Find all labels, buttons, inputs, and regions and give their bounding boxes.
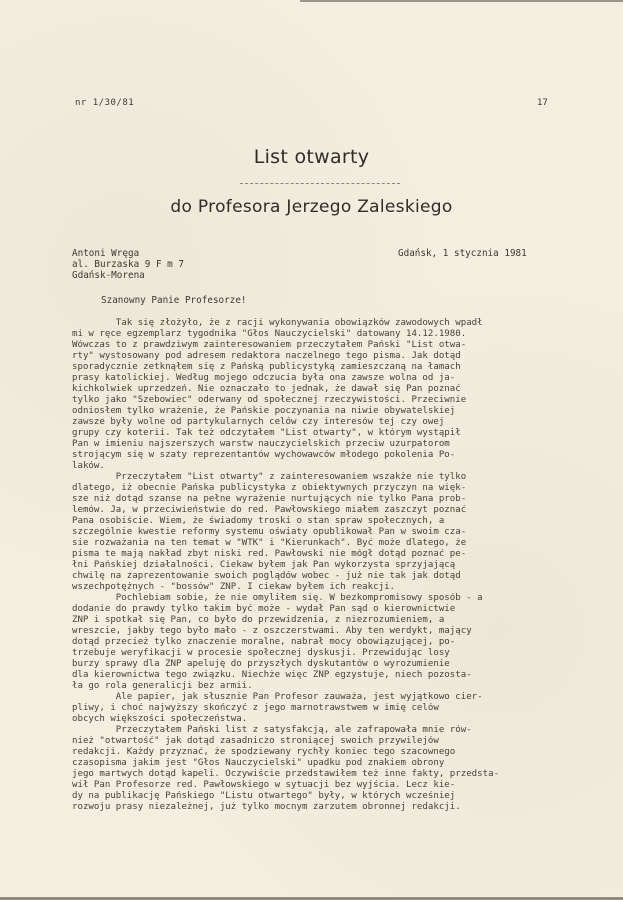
body-line: ZNP i spotkał się Pan, co było do przewi… [72, 615, 564, 626]
body-line: ła go rola generalicji bez armii. [72, 681, 564, 692]
body-line: rty" wystosowany pod adresem redaktora n… [72, 351, 564, 362]
body-line: trzebuje weryfikacji w procesie społeczn… [72, 648, 564, 659]
document-title: List otwarty [0, 146, 623, 168]
body-line: chwilę na zaprezentowanie swoich poglądó… [72, 571, 564, 582]
salutation: Szanowny Panie Profesorze! [101, 295, 247, 306]
body-line: odniosłem tylko wrażenie, że Pańskie poc… [72, 406, 564, 417]
body-line: czasopisma jakim jest "Głos Nauczycielsk… [72, 758, 564, 769]
body-line: dy na publikację Pańskiego "Listu otwart… [72, 791, 564, 802]
body-line: zawsze były wolne od partykularnych celó… [72, 417, 564, 428]
body-line: Przeczytałem "List otwarty" z zaintereso… [72, 472, 564, 483]
place-and-date: Gdańsk, 1 stycznia 1981 [398, 248, 527, 259]
document-page: nr 1/30/81 17 List otwarty do Profesora … [0, 0, 623, 900]
body-line: wszechpotężnych - "bossów" ZNP. I ciekaw… [72, 582, 564, 593]
body-line: Tak się złożyło, że z racji wykonywania … [72, 318, 564, 329]
body-line: tylko jako "Szebowiec" oderwany od społe… [72, 395, 564, 406]
sender-street: al. Burzaska 9 F m 7 [72, 259, 184, 270]
body-line: dla kierownictwa tego związku. Niechże w… [72, 670, 564, 681]
scan-top-edge [300, 0, 623, 2]
letter-body: Tak się złożyło, że z racji wykonywania … [72, 318, 564, 813]
body-line: mi w ręce egzemplarz tygodnika "Głos Nau… [72, 329, 564, 340]
body-line: burzy sprawy dla ZNP apeluję do przyszły… [72, 659, 564, 670]
body-line: Pana osobiście. Wiem, że świadomy troski… [72, 516, 564, 527]
body-line: lemów. Ja, w przeciwieństwie do red. Paw… [72, 505, 564, 516]
page-number: 17 [537, 98, 548, 108]
sender-address: Antoni Wręga al. Burzaska 9 F m 7 Gdańsk… [72, 248, 184, 281]
body-line: Wówczas to z prawdziwym zainteresowaniem… [72, 340, 564, 351]
body-line: redakcji. Każdy przyznać, że spodziewany… [72, 747, 564, 758]
body-line: laków. [72, 461, 564, 472]
body-line: rozwoju prasy niezależnej, już tylko moc… [72, 802, 564, 813]
body-line: dlatego, iż obecnie Pańska publicystyka … [72, 483, 564, 494]
sender-city: Gdańsk-Morena [72, 270, 184, 281]
body-line: łni Pańskiej działalności. Ciekaw byłem … [72, 560, 564, 571]
body-line: Przeczytałem Pański list z satysfakcją, … [72, 725, 564, 736]
body-line: dotąd przecież tylko znaczenie moralne, … [72, 637, 564, 648]
title-divider [240, 183, 400, 184]
body-line: szczególnie kwestie reformy systemu oświ… [72, 527, 564, 538]
body-line: nież "otwartość" jak dotąd zasadniczo st… [72, 736, 564, 747]
body-line: kichkolwiek uprzedzeń. Nie oznaczało to … [72, 384, 564, 395]
body-line: sze niż dotąd szanse na pełne wyrażenie … [72, 494, 564, 505]
body-line: pisma te mają nakład zbyt niski red. Paw… [72, 549, 564, 560]
body-line: sie rozważania na ten temat w "WTK" i "K… [72, 538, 564, 549]
sender-name: Antoni Wręga [72, 248, 184, 259]
issue-number: nr 1/30/81 [75, 98, 134, 108]
body-line: wreszcie, jakby tego było mało - z oszcz… [72, 626, 564, 637]
body-line: Pan w imieniu najszerszych warstw nauczy… [72, 439, 564, 450]
body-line: Pochlebiam sobie, że nie omyliłem się. W… [72, 593, 564, 604]
body-line: jego martwych dotąd kapeli. Oczywiście p… [72, 769, 564, 780]
body-line: prasy katolickiej. Według mojego odczuci… [72, 373, 564, 384]
body-line: dodanie do prawdy tylko takim być może -… [72, 604, 564, 615]
body-line: strojącym się w szaty reprezentantów wyc… [72, 450, 564, 461]
body-line: pliwy, i choć najwyższy skończyć z jego … [72, 703, 564, 714]
body-line: obcych większości społeczeństwa. [72, 714, 564, 725]
body-line: grupy czy koterii. Tak też odczytałem "L… [72, 428, 564, 439]
body-line: wił Pan Profesorze red. Pawłowskiego w s… [72, 780, 564, 791]
body-line: sporadycznie zetknąłem się z Pańską publ… [72, 362, 564, 373]
body-line: Ale papier, jak słusznie Pan Profesor za… [72, 692, 564, 703]
document-subtitle: do Profesora Jerzego Zaleskiego [0, 197, 623, 217]
